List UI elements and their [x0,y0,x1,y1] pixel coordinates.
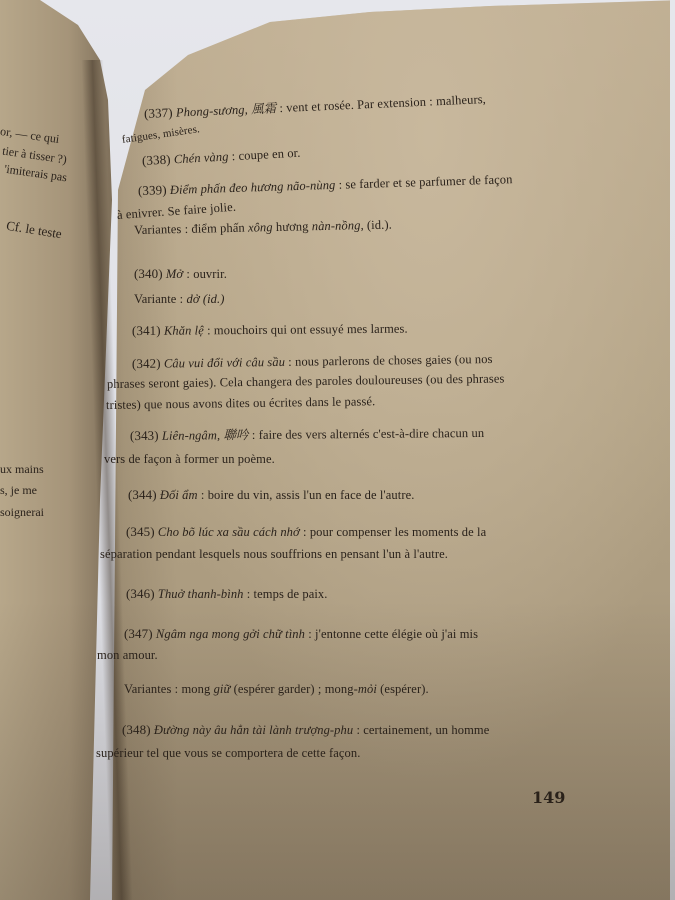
entry-345: (345) Cho bõ lúc xa sầu cách nhớ : pour … [126,524,486,540]
entry-347-cont: mon amour. [97,648,158,663]
entry-346: (346) Thuở thanh-bình : temps de paix. [126,586,328,602]
entry-348: (348) Đường này âu hẳn tài lành trượng-p… [122,722,489,738]
entry-343: (343) Liên-ngâm, 聯吟 : faire des vers alt… [130,423,484,444]
entry-341: (341) Khăn lệ : mouchoirs qui ont essuyé… [132,321,408,339]
entry-348-cont: supérieur tel que vous se comportera de … [96,746,360,761]
entry-345-cont: séparation pendant lesquels nous souffri… [100,547,448,562]
entry-340: (340) Mở : ouvrir. [134,266,227,282]
variant-340: Variante : dở (id.) [134,292,225,307]
entry-344: (344) Đối ẩm : boire du vin, assis l'un … [128,487,414,503]
left-page-fragment: ux mains [0,462,44,477]
entry-343-cont: vers de façon à former un poème. [104,452,275,467]
left-page-fragment: soignerai [0,505,44,520]
variant-347: Variantes : mong giữ (espérer garder) ; … [124,682,429,697]
left-page-fragment: s, je me [0,483,37,498]
entry-347: (347) Ngâm nga mong gởi chữ tình : j'ent… [124,626,478,642]
entry-term: Phong-sương, 風霜 [176,101,277,119]
page-number: 149 [532,788,565,807]
